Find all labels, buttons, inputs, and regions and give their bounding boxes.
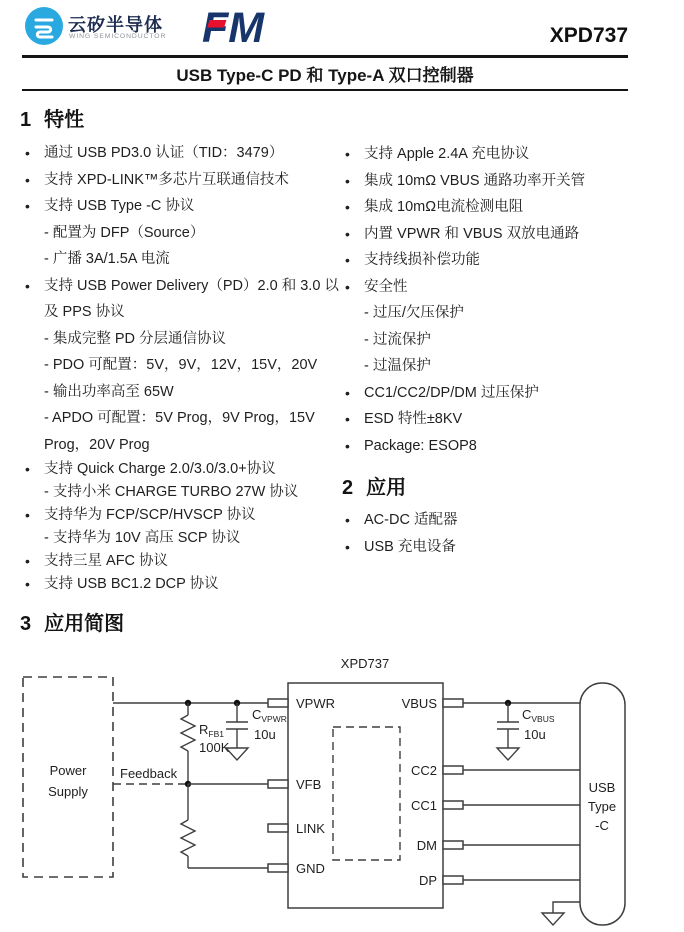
pin-vfb-label: VFB	[296, 777, 321, 792]
capacitor-cvbus-label: CVBUS	[522, 707, 555, 724]
feature-subitem: - APDO 可配置：5V Prog，9V Prog，15V Prog，20V …	[22, 405, 340, 458]
feature-subitem: - 支持华为 10V 高压 SCP 协议	[22, 527, 340, 550]
ground-symbol	[497, 748, 519, 760]
features-left-column: 通过 USB PD3.0 认证（TID：3479） 支持 XPD-LINK™多芯…	[22, 140, 340, 596]
resistor-rfb1-symbol	[181, 703, 195, 784]
fm-logo-text: FM	[202, 4, 265, 52]
feature-subitem: - 集成完整 PD 分层通信协议	[22, 326, 340, 353]
feature-item: 通过 USB PD3.0 认证（TID：3479）	[22, 140, 340, 167]
connector-label-line2: Type	[588, 799, 616, 814]
capacitor-cvbus-symbol	[497, 703, 519, 760]
page-title: USB Type-C PD 和 Type-A 双口控制器	[22, 61, 628, 86]
feature-item: 支持 XPD-LINK™多芯片互联通信技术	[22, 167, 340, 194]
applications-heading-number: 2	[342, 477, 353, 499]
features-right-column: 支持 Apple 2.4A 充电协议 集成 10mΩ VBUS 通路功率开关管 …	[342, 141, 634, 560]
feature-item: Package: ESOP8	[342, 433, 634, 460]
vbus-wire	[463, 700, 580, 706]
header-divider-thick	[22, 55, 628, 58]
feature-item: ESD 特性±8KV	[342, 406, 634, 433]
connector-label-line1: USB	[589, 780, 616, 795]
feature-subitem: - 输出功率高至 65W	[22, 379, 340, 406]
feature-item: 支持三星 AFC 协议	[22, 550, 340, 573]
feature-subitem: - 过温保护	[342, 353, 634, 380]
power-supply-label-line1: Power	[50, 763, 88, 778]
diagram-heading-number: 3	[20, 613, 31, 635]
feature-subitem: - PDO 可配置：5V，9V，12V，15V，20V	[22, 352, 340, 379]
feature-item: 支持 USB Power Delivery（PD）2.0 和 3.0 以及 PP…	[22, 273, 340, 326]
feedback-label: Feedback	[120, 766, 178, 781]
vpwr-wire	[113, 700, 268, 706]
power-supply-label-line2: Supply	[48, 784, 88, 799]
datasheet-page: 云矽半导体 WING SEMICONDUCTOR FM XPD737 USB T…	[0, 0, 684, 932]
feature-subitem: - 配置为 DFP（Source）	[22, 220, 340, 247]
feature-item: 支持 USB Type -C 协议	[22, 193, 340, 220]
pin-vbus-label: VBUS	[402, 696, 438, 711]
feature-item: 支持华为 FCP/SCP/HVSCP 协议	[22, 504, 340, 527]
usb-typec-connector: USB Type -C	[580, 683, 625, 925]
ground-symbol	[542, 913, 564, 925]
fm-logo-icon: FM	[196, 2, 321, 57]
feature-item: 支持线损补偿功能	[342, 247, 634, 274]
pin-dp-label: DP	[419, 873, 437, 888]
resistor-lower-symbol	[181, 784, 268, 868]
resistor-rfb1-label: RFB1	[199, 722, 224, 739]
feature-item: 支持 Quick Charge 2.0/3.0/3.0+协议	[22, 458, 340, 481]
feature-item: 支持 USB BC1.2 DCP 协议	[22, 573, 340, 596]
pin-vpwr-label: VPWR	[296, 696, 335, 711]
feature-subitem: - 支持小米 CHARGE TURBO 27W 协议	[22, 481, 340, 504]
diagram-heading-label: 应用简图	[44, 613, 124, 635]
capacitor-cvpwr-value: 10u	[254, 727, 276, 742]
cc-dm-dp-wires	[463, 770, 580, 880]
applications-heading: 2应用	[342, 471, 634, 500]
pin-cc1-label: CC1	[411, 798, 437, 813]
chip-label: XPD737	[341, 656, 389, 671]
diagram-heading: 3应用简图	[20, 607, 124, 636]
wing-logo-icon	[25, 7, 63, 45]
application-diagram: Power Supply RFB1 100K CVPWR 10u	[0, 650, 684, 932]
feature-item: 内置 VPWR 和 VBUS 双放电通路	[342, 221, 634, 248]
feature-subitem: - 过流保护	[342, 327, 634, 354]
feature-item: CC1/CC2/DP/DM 过压保护	[342, 380, 634, 407]
feedback-wire	[113, 781, 268, 787]
part-number: XPD737	[428, 24, 628, 48]
pin-cc2-label: CC2	[411, 763, 437, 778]
applications-heading-label: 应用	[366, 477, 406, 499]
feature-subitem: - 广播 3A/1.5A 电流	[22, 246, 340, 273]
feature-item: 支持 Apple 2.4A 充电协议	[342, 141, 634, 168]
power-supply-box: Power Supply	[23, 677, 113, 877]
pin-dm-label: DM	[417, 838, 437, 853]
application-item: AC-DC 适配器	[342, 507, 634, 534]
features-heading-number: 1	[20, 109, 31, 131]
feature-subitem: - 过压/欠压保护	[342, 300, 634, 327]
company-subtitle: WING SEMICONDUCTOR	[69, 33, 166, 40]
capacitor-cvpwr-symbol	[226, 703, 248, 760]
features-heading-label: 特性	[44, 109, 84, 131]
capacitor-cvpwr-label: CVPWR	[252, 707, 287, 724]
pin-gnd-label: GND	[296, 861, 325, 876]
feature-item: 集成 10mΩ VBUS 通路功率开关管	[342, 168, 634, 195]
features-heading: 1特性	[20, 103, 84, 132]
connector-ground	[542, 902, 580, 925]
application-item: USB 充电设备	[342, 534, 634, 561]
connector-label-line3: -C	[595, 818, 609, 833]
header-divider-thin	[22, 89, 628, 91]
fm-logo-red-bar	[207, 20, 226, 28]
pin-link-label: LINK	[296, 821, 325, 836]
feature-item: 集成 10mΩ电流检测电阻	[342, 194, 634, 221]
feature-item: 安全性	[342, 274, 634, 301]
capacitor-cvbus-value: 10u	[524, 727, 546, 742]
